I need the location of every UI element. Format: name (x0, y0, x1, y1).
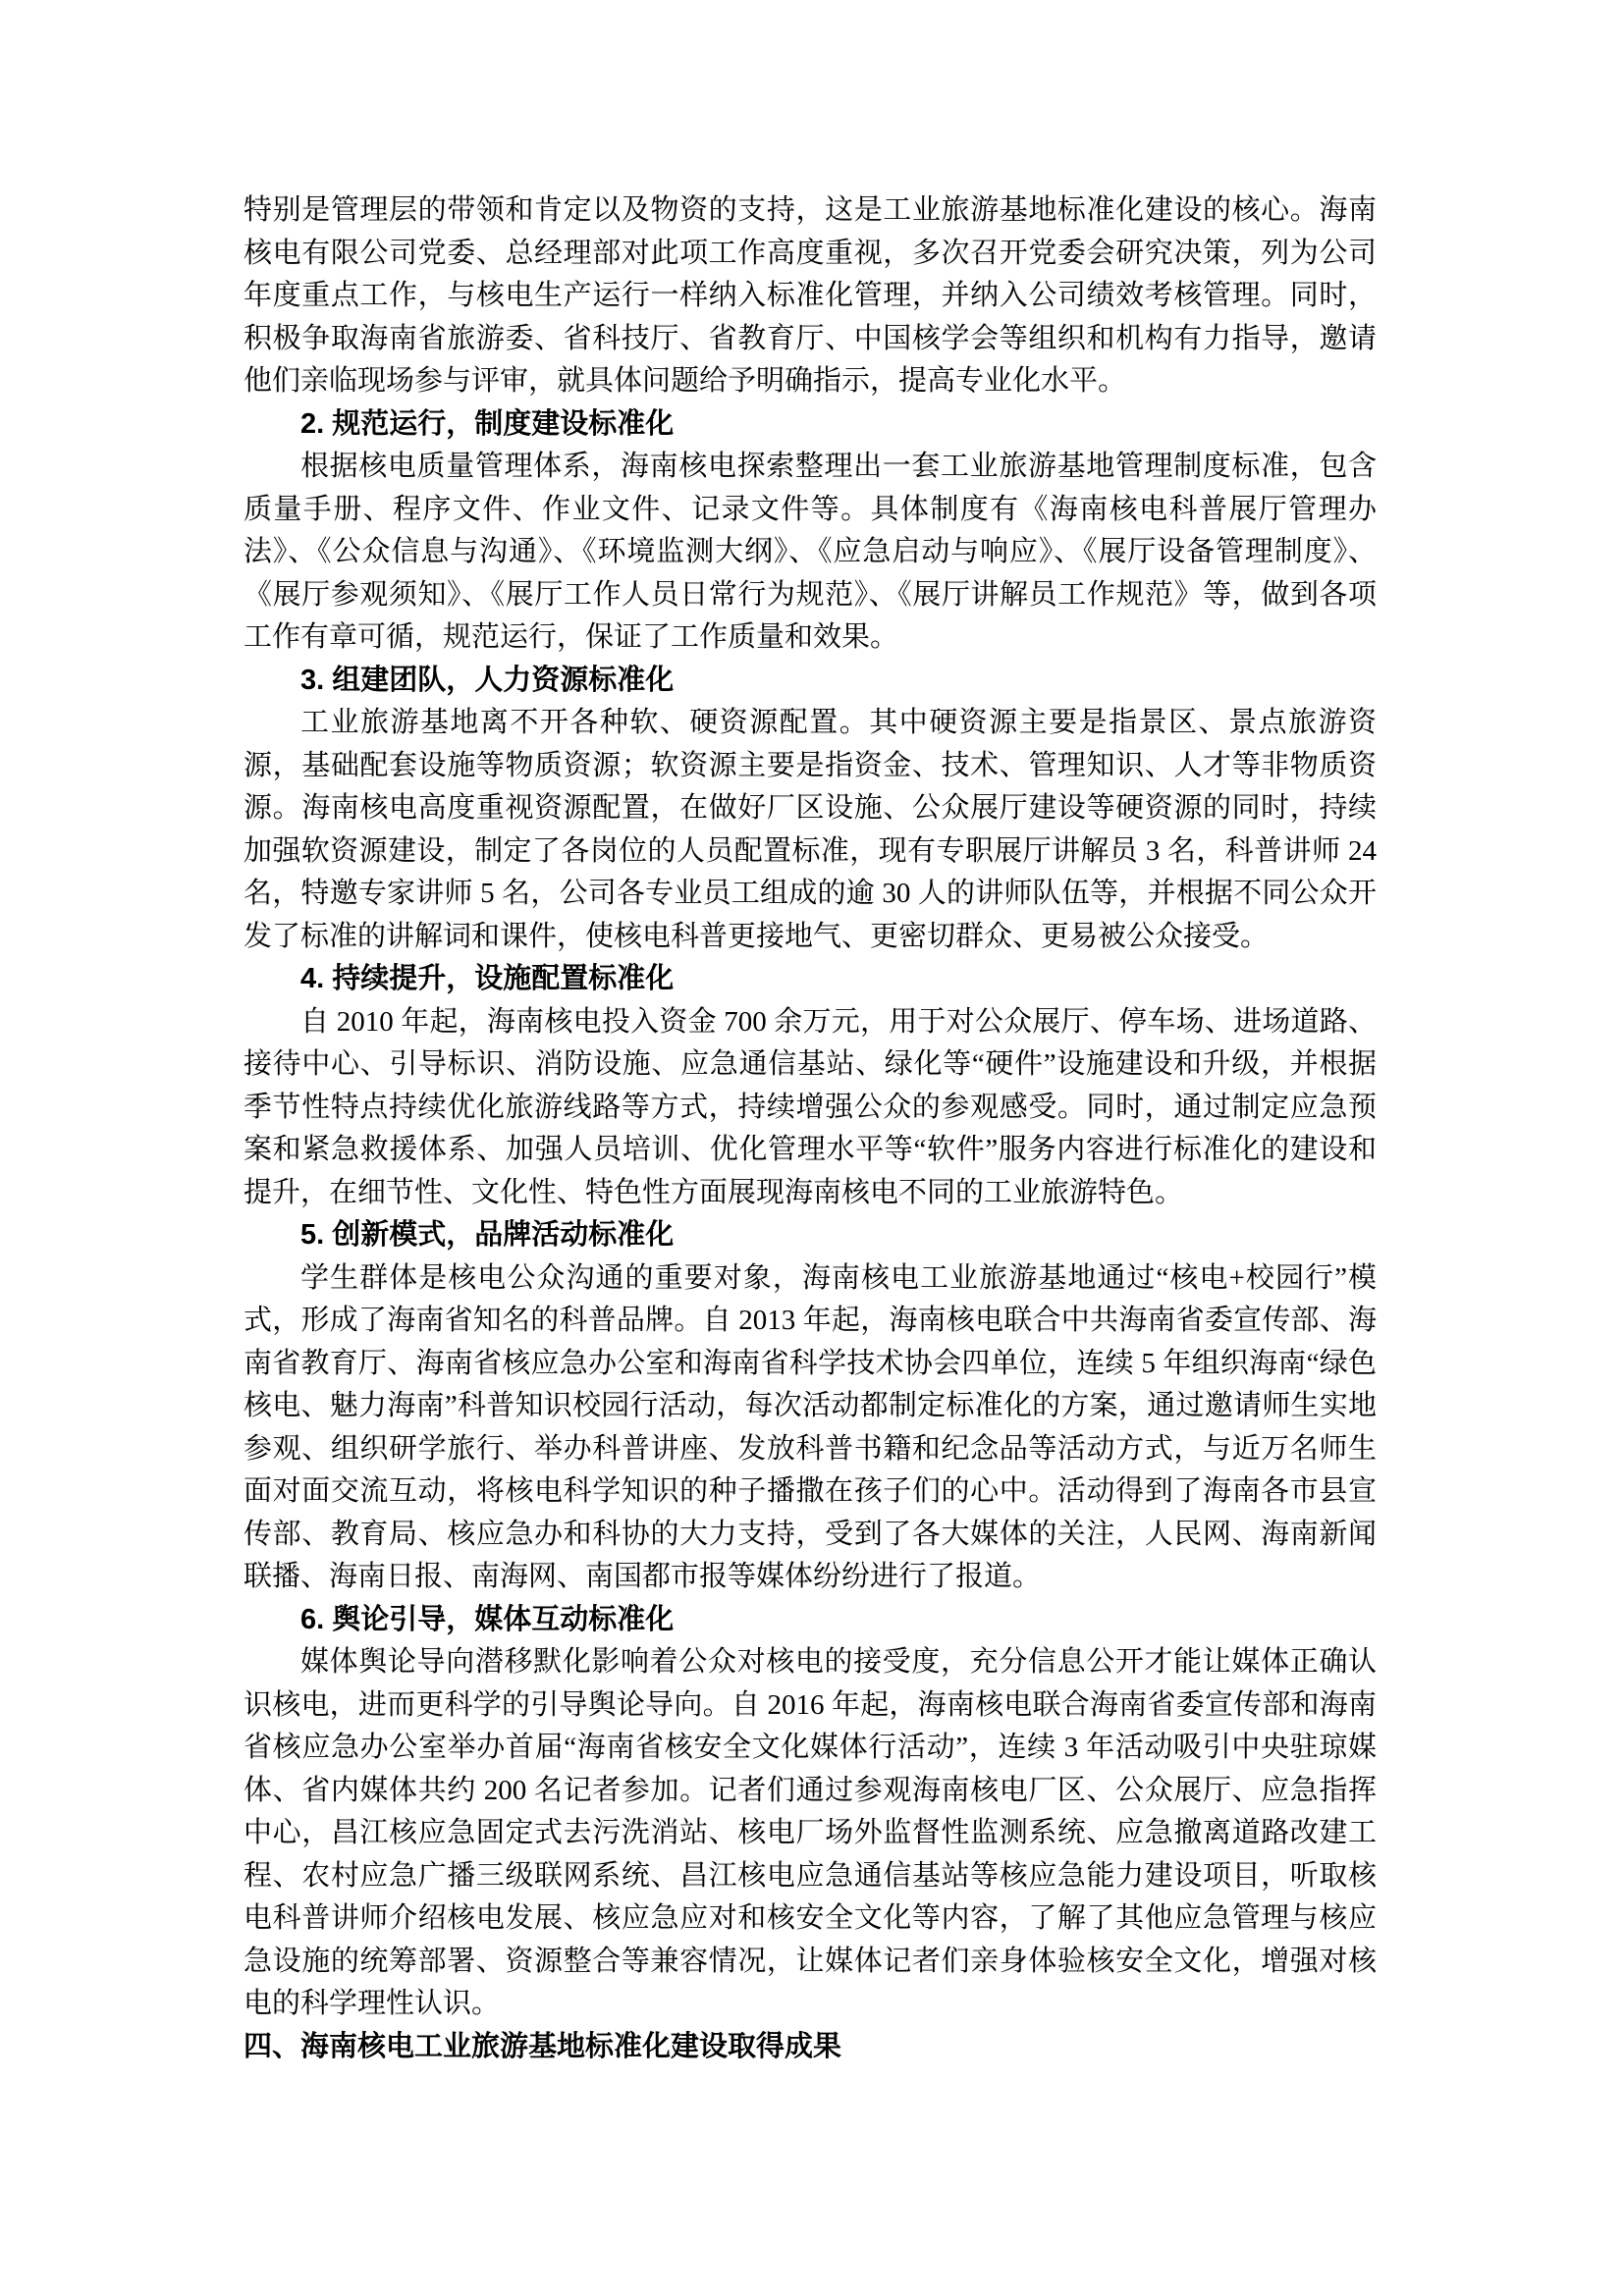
paragraph-section-3: 工业旅游基地离不开各种软、硬资源配置。其中硬资源主要是指景区、景点旅游资源，基础… (244, 702, 1377, 958)
paragraph-section-4: 自 2010 年起，海南核电投入资金 700 余万元，用于对公众展厅、停车场、进… (244, 1001, 1377, 1215)
paragraph-section-2: 根据核电质量管理体系，海南核电探索整理出一套工业旅游基地管理制度标准，包含质量手… (244, 446, 1377, 660)
heading-chapter-4: 四、海南核电工业旅游基地标准化建设取得成果 (244, 2026, 1377, 2069)
paragraph-section-6: 媒体舆论导向潜移默化影响着公众对核电的接受度，充分信息公开才能让媒体正确认识核电… (244, 1641, 1377, 2026)
heading-section-6: 6. 舆论引导，媒体互动标准化 (244, 1599, 1377, 1642)
heading-section-3: 3. 组建团队，人力资源标准化 (244, 660, 1377, 703)
heading-section-5: 5. 创新模式，品牌活动标准化 (244, 1214, 1377, 1257)
heading-section-2: 2. 规范运行，制度建设标准化 (244, 403, 1377, 447)
paragraph-continuation: 特别是管理层的带领和肯定以及物资的支持，这是工业旅游基地标准化建设的核心。海南核… (244, 189, 1377, 403)
paragraph-section-5: 学生群体是核电公众沟通的重要对象，海南核电工业旅游基地通过“核电+校园行”模式，… (244, 1257, 1377, 1599)
document-page: 特别是管理层的带领和肯定以及物资的支持，这是工业旅游基地标准化建设的核心。海南核… (0, 0, 1624, 2296)
heading-section-4: 4. 持续提升，设施配置标准化 (244, 958, 1377, 1001)
